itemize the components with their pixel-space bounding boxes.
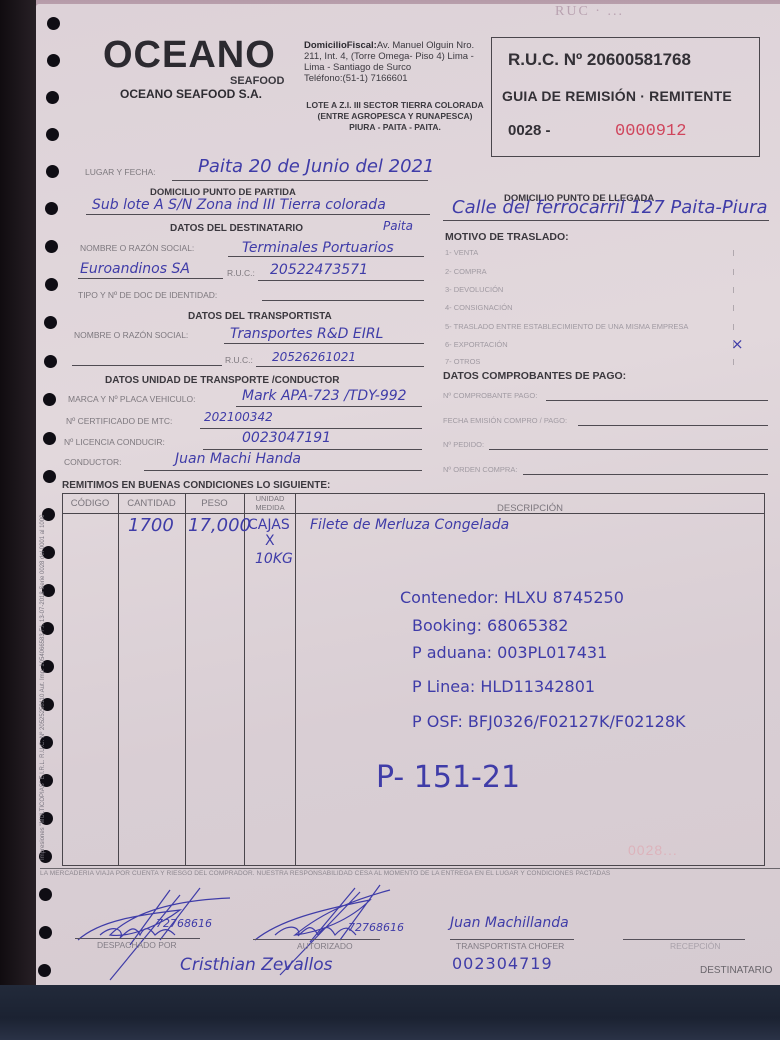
item-unit-line1[interactable]: CAJAS [248,517,290,533]
company-logo-subtext: SEAFOOD [230,75,284,87]
payment-docs-title: DATOS COMPROBANTES DE PAGO: [443,370,626,382]
disclaimer: LA MERCADERIA VIAJA POR CUENTA Y RIESGO … [40,870,610,877]
carrier-name-value[interactable]: Transportes R&D EIRL [230,326,383,342]
origin-value-line1[interactable]: Sub lote A S/N Zona ind III Tierra color… [92,197,386,213]
plant-address-line2: (ENTRE AGROPESCA Y RUNAPESCA) [300,111,490,122]
authorized-label: AUTORIZADO [297,941,353,951]
col-header-quantity: CANTIDAD [118,498,185,509]
carrier-section-title: DATOS DEL TRANSPORTISTA [188,311,332,322]
recipient-name-line2[interactable]: Euroandinos SA [80,261,190,277]
shipment-note: Booking: 68065382 [412,616,568,635]
shipment-note: P aduana: 003PL017431 [412,643,607,662]
authorized-id: 72768616 [348,921,404,934]
item-unit-line2: X [265,533,275,549]
payment-field-input[interactable] [489,449,768,450]
recipient-name-line1[interactable]: Terminales Portuarios [242,240,394,256]
check-mark-icon: × [731,335,744,353]
printer-imprint: Impresiones "MULTICOPIAS" E.I.R.L. R.U.C… [40,515,46,860]
tractor-feed-hole [45,240,58,253]
shipment-note: P OSF: BFJ0326/F02127K/F02128K [412,712,686,731]
mtc-label: Nº CERTIFICADO DE MTC: [66,416,172,426]
tractor-feed-hole [44,316,57,329]
col-header-unit: UNIDAD MEDIDA [246,494,294,512]
tractor-feed-hole [45,202,58,215]
tractor-feed-hole [44,355,57,368]
recipient-id-doc-label: TIPO Y Nº DE DOC DE IDENTIDAD: [78,290,217,300]
recipient-section-title: DATOS DEL DESTINATARIO [170,223,303,234]
plate-value[interactable]: Mark APA-723 /TDY-992 [242,388,407,404]
payment-field-input[interactable] [546,400,768,401]
item-description[interactable]: Filete de Merluza Congelada [310,517,509,533]
col-header-description: DESCRIPCIÓN [295,503,765,514]
transfer-reason-title: MOTIVO DE TRASLADO: [445,231,569,243]
tractor-feed-hole [47,17,60,30]
recipient-label: DESTINATARIO [700,965,772,976]
payment-field-label: FECHA EMISIÓN COMPRO / PAGO: [443,416,567,425]
items-intro: REMITIMOS EN BUENAS CONDICIONES LO SIGUI… [62,480,330,491]
fiscal-address: DomicilioFiscal:Av. Manuel Olguin Nro. 2… [304,40,486,84]
checkbox-tick[interactable] [733,359,734,365]
transfer-reason-option[interactable]: 6- EXPORTACIÓN [445,340,508,349]
plant-address-line1: LOTE A Z.I. III SECTOR TIERRA COLORADA [300,100,490,111]
item-unit-line3: 10KG [255,551,293,567]
tractor-feed-hole [46,165,59,178]
background-desk [0,0,40,1000]
vehicle-section-title: DATOS UNIDAD DE TRANSPORTE /CONDUCTOR [105,375,339,386]
driver-value[interactable]: Juan Machi Handa [175,451,301,467]
checkbox-tick[interactable] [733,250,734,256]
tractor-feed-hole [43,393,56,406]
transfer-reason-option[interactable]: 4- CONSIGNACIÓN [445,303,513,312]
payment-field-input[interactable] [578,425,768,426]
signer-name: Cristhian Zevallos [180,955,333,975]
dispatched-by-label: DESPACHADO POR [97,940,177,950]
company-logo: OCEANO [103,34,276,77]
checkbox-tick[interactable] [733,287,734,293]
carrier-ruc-value[interactable]: 20526261021 [272,350,356,364]
origin-value-line2[interactable]: Paita [383,219,413,233]
transfer-reason-option[interactable]: 7- OTROS [445,357,480,366]
tractor-feed-hole [47,54,60,67]
payment-field-input[interactable] [523,474,768,475]
recipient-ruc-label: R.U.C.: [227,268,255,278]
tractor-feed-hole [43,432,56,445]
reference-number: P- 151-21 [376,760,520,795]
place-date-value[interactable]: Paita 20 de Junio del 2021 [198,156,434,177]
driver-label: CONDUCTOR: [64,457,121,467]
tractor-feed-hole [46,128,59,141]
recipient-ruc-value[interactable]: 20522473571 [270,262,368,278]
faded-stamp: 0028... [628,842,678,858]
plate-label: MARCA Y Nº PLACA VEHICULO: [68,394,196,404]
payment-field-label: Nº ORDEN COMPRA: [443,465,517,474]
carrier-driver-label: TRANSPORTISTA CHOFER [456,941,564,951]
transfer-reason-option[interactable]: 2- COMPRA [445,267,487,276]
mtc-value[interactable]: 202100342 [204,410,273,424]
plant-address: LOTE A Z.I. III SECTOR TIERRA COLORADA (… [300,100,490,133]
company-legal-name: OCEANO SEAFOOD S.A. [120,87,262,101]
tractor-feed-hole [45,278,58,291]
payment-field-label: Nº COMPROBANTE PAGO: [443,391,537,400]
fiscal-address-label: DomicilioFiscal: [304,40,377,51]
tractor-feed-hole [39,888,52,901]
company-ruc: R.U.C. Nº 20600581768 [508,50,691,70]
carrier-driver-id: 002304719 [452,954,553,973]
document-series: 0028 - [508,122,551,139]
background-fabric [0,985,780,1040]
carrier-ruc-label: R.U.C.: [225,355,253,365]
tractor-feed-hole [39,926,52,939]
document-number: 0000912 [615,122,686,141]
license-value[interactable]: 0023047191 [242,430,331,446]
checkbox-tick[interactable] [733,269,734,275]
previous-sheet-text: RUC · ... [555,4,624,20]
checkbox-tick[interactable] [733,305,734,311]
license-label: Nº LICENCIA CONDUCIR: [64,437,165,447]
col-header-weight: PESO [185,498,244,509]
plant-address-line3: PIURA - PAITA - PAITA. [300,122,490,133]
item-quantity[interactable]: 1700 [128,515,174,536]
transfer-reason-option[interactable]: 3- DEVOLUCIÓN [445,285,503,294]
reception-label: RECEPCIÓN [670,941,721,951]
tractor-feed-hole [43,470,56,483]
document-title: GUIA DE REMISIÓN · REMITENTE [502,88,732,104]
transfer-reason-option[interactable]: 1- VENTA [445,248,478,257]
company-phone: Teléfono:(51-1) 7166601 [304,73,408,84]
col-header-code: CÓDIGO [62,498,118,509]
carrier-name-label: NOMBRE O RAZÓN SOCIAL: [74,330,188,340]
place-date-label: LUGAR Y FECHA: [85,167,156,177]
tractor-feed-hole [38,964,51,977]
shipment-note: P Linea: HLD11342801 [412,677,595,696]
shipment-note: Contenedor: HLXU 8745250 [400,588,624,607]
checkbox-tick[interactable] [733,324,734,330]
tractor-feed-hole [46,91,59,104]
carrier-driver-signature: Juan Machillanda [450,915,569,931]
payment-field-label: Nº PEDIDO: [443,440,484,449]
transfer-reason-option[interactable]: 5- TRASLADO ENTRE ESTABLECIMIENTO DE UNA… [445,322,688,331]
dispatched-by-id: 72768616 [156,917,212,930]
item-weight[interactable]: 17,000 [188,515,251,536]
recipient-name-label: NOMBRE O RAZÓN SOCIAL: [80,243,194,253]
destination-address-value[interactable]: Calle del ferrocarril 127 Paita-Piura [452,197,768,218]
